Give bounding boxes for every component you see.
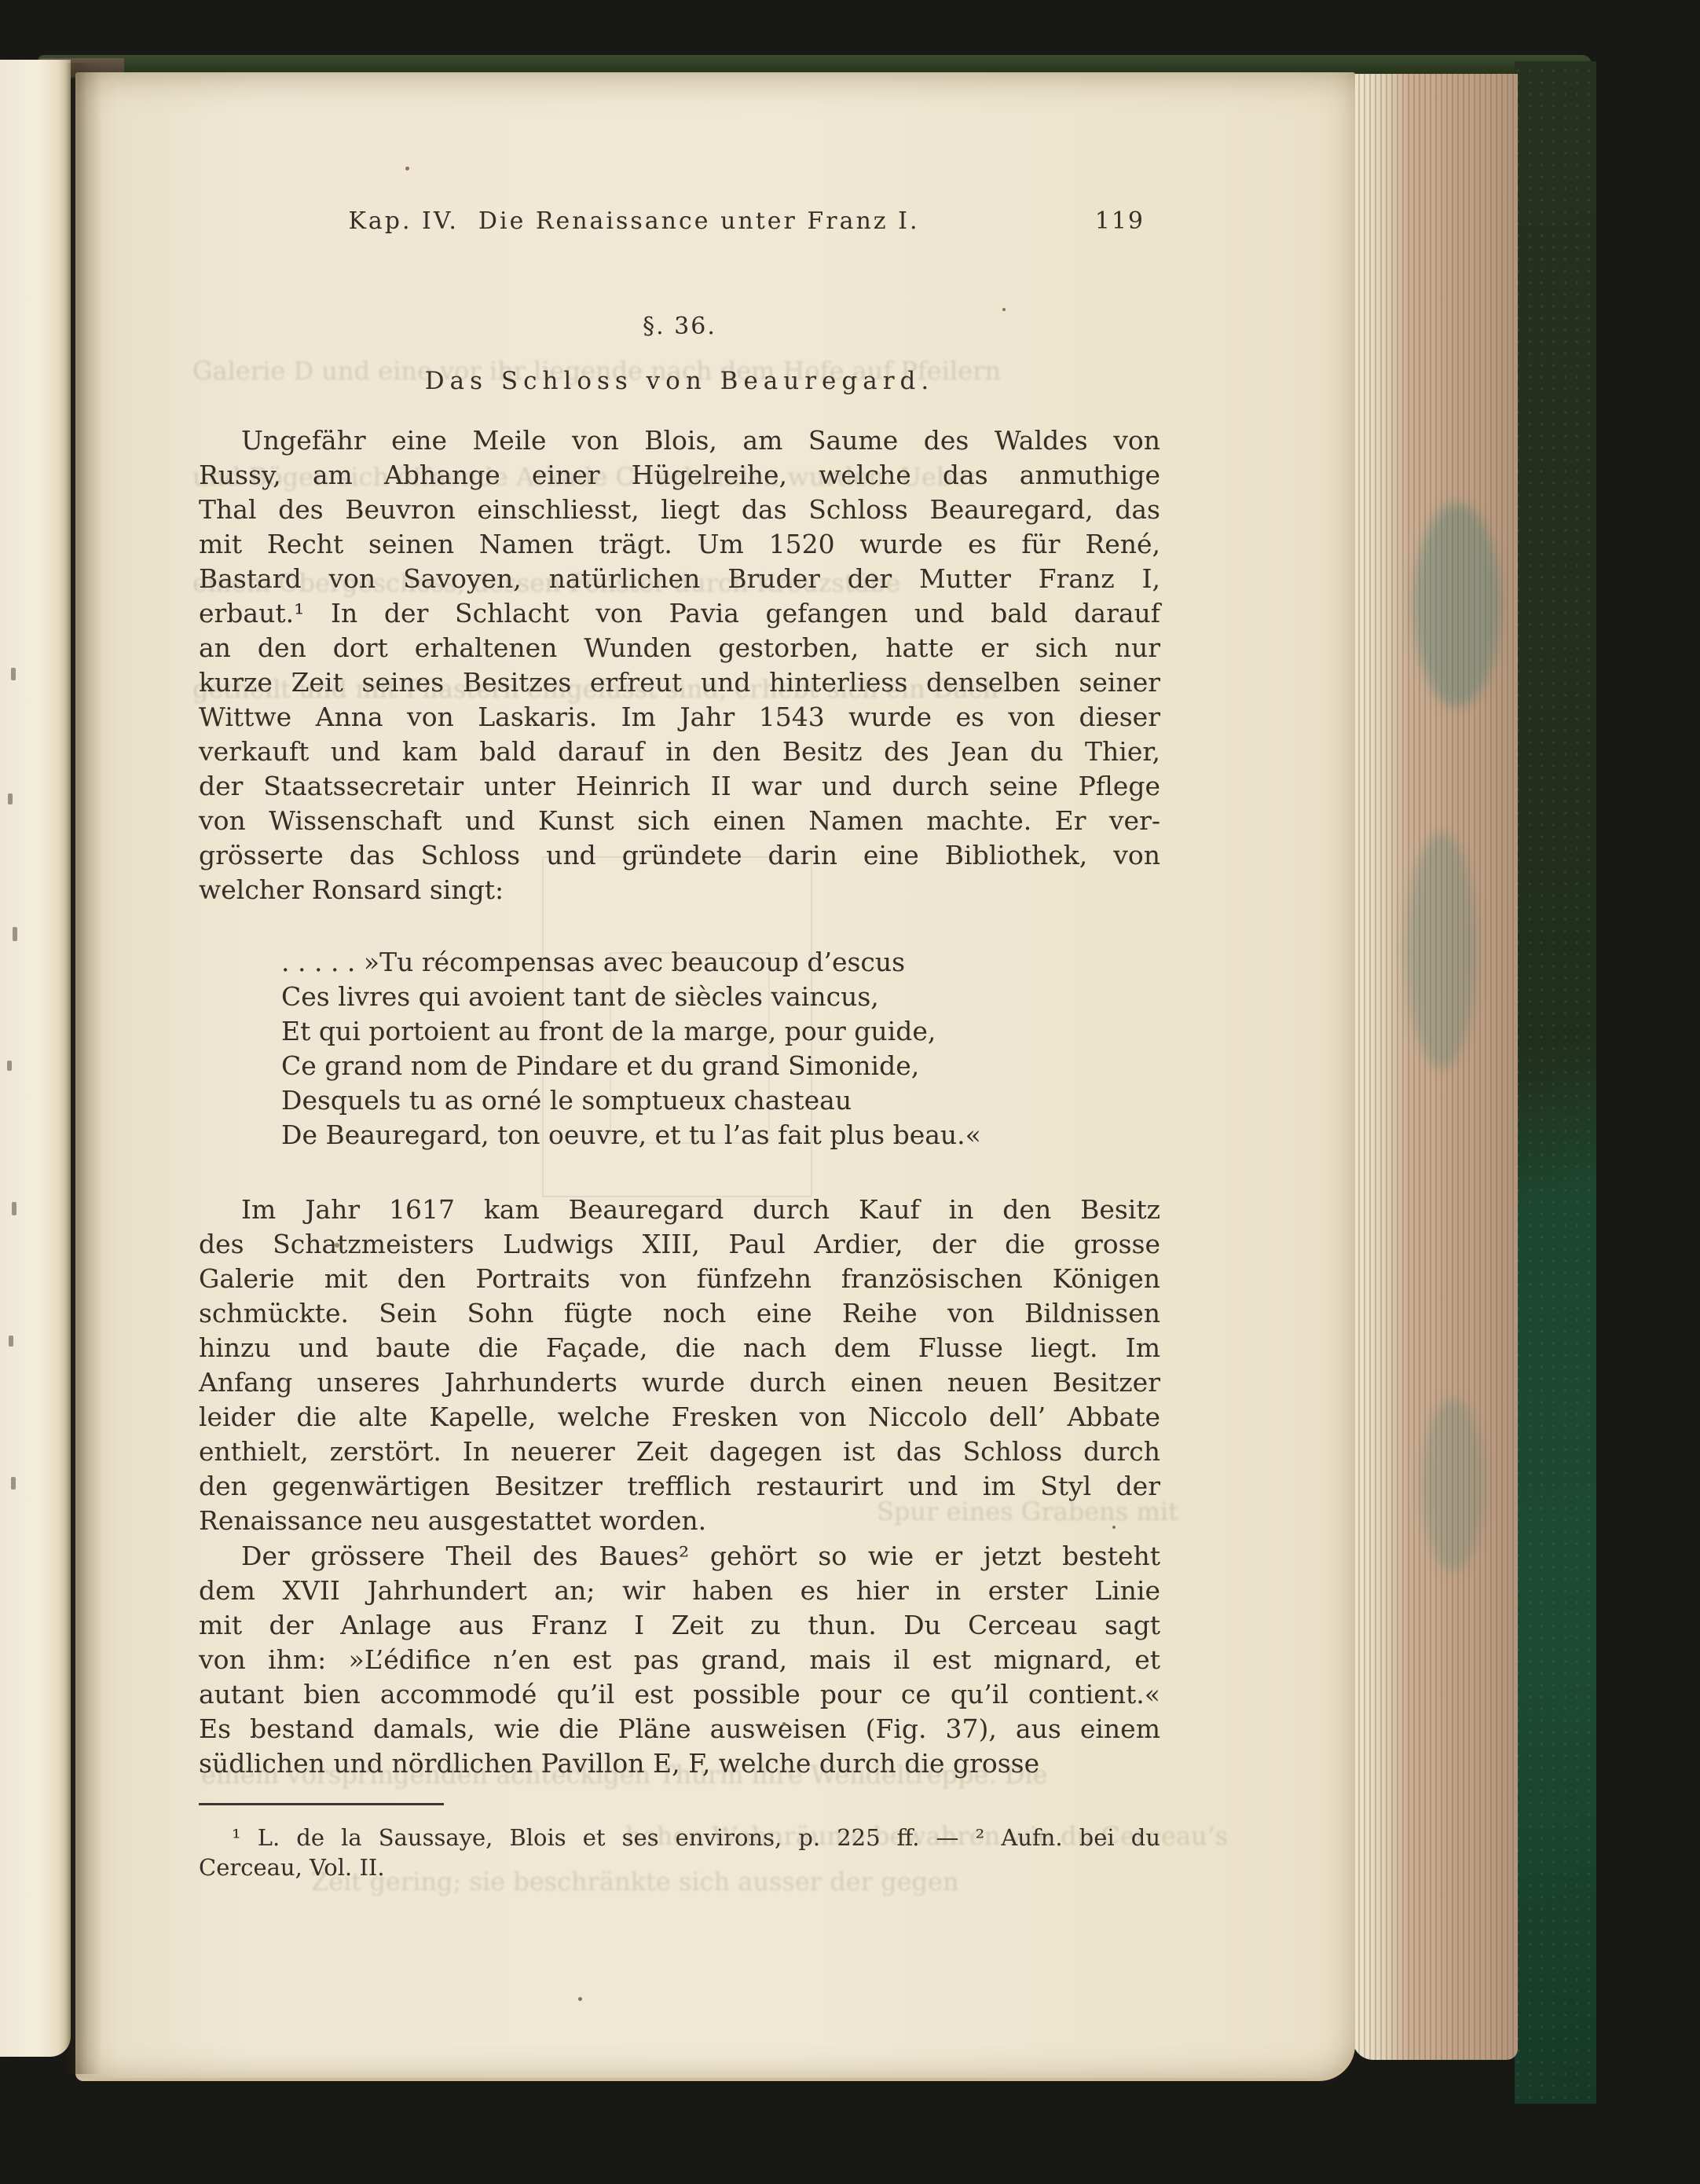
text-line: den gegenwärtigen Besitzer trefflich res…	[199, 1469, 1160, 1504]
text-line: von ihm: »L’édifice n’en est pas grand, …	[199, 1643, 1160, 1677]
margin-text-fragment	[8, 793, 13, 804]
section-title: Das Schloss von Beauregard.	[199, 365, 1160, 398]
poem-line: . . . . . »Tu récompensas avec beaucoup …	[281, 945, 1177, 980]
footnote-rule	[199, 1803, 444, 1805]
text-line: Es bestand damals, wie die Pläne ausweis…	[199, 1712, 1160, 1746]
footnote: ¹ L. de la Saussaye, Blois et ses enviro…	[199, 1823, 1160, 1882]
text-line: von Wissenschaft und Kunst sich einen Na…	[199, 804, 1160, 838]
poem-line: Et qui portoient au front de la marge, p…	[281, 1014, 1177, 1049]
footnote-line: Cerceau, Vol. II.	[199, 1852, 1160, 1882]
margin-text-fragment	[12, 1202, 16, 1215]
running-header-title: Kap. IV. Die Renaissance unter Franz I.	[348, 205, 919, 238]
dust-speck	[1112, 1526, 1116, 1529]
dust-speck	[782, 1722, 786, 1725]
text-line: Russy, am Abhange einer Hügelreihe, welc…	[199, 458, 1160, 493]
fore-edge-marbling	[1406, 833, 1477, 1068]
text-line: grösserte das Schloss und gründete darin…	[199, 838, 1160, 873]
text-line: welcher Ronsard singt:	[199, 873, 1160, 907]
dust-speck	[1002, 308, 1006, 311]
text-line: dem XVII Jahrhundert an; wir haben es hi…	[199, 1574, 1160, 1608]
text-line: enthielt, zerstört. In neuerer Zeit dage…	[199, 1435, 1160, 1469]
text-line: mit Recht seinen Namen trägt. Um 1520 wu…	[199, 527, 1160, 562]
footnote-line: ¹ L. de la Saussaye, Blois et ses enviro…	[199, 1823, 1160, 1852]
text-line: Bastard von Savoyen, natürlichen Bruder …	[199, 562, 1160, 596]
dust-speck	[335, 1243, 339, 1248]
running-header: Kap. IV. Die Renaissance unter Franz I.	[199, 205, 1160, 238]
margin-text-fragment	[7, 1061, 12, 1071]
dust-speck	[405, 167, 409, 170]
margin-text-fragment	[13, 927, 17, 941]
text-line: Galerie mit den Portraits von fünfzehn f…	[199, 1262, 1160, 1296]
text-line: erbaut.¹ In der Schlacht von Pavia gefan…	[199, 596, 1160, 631]
margin-text-fragment	[11, 668, 16, 680]
text-line: des Schatzmeisters Ludwigs XIII, Paul Ar…	[199, 1227, 1160, 1262]
dust-speck	[578, 1997, 582, 2001]
text-line: hinzu und baute die Façade, die nach dem…	[199, 1331, 1160, 1365]
poem-line: De Beauregard, ton oeuvre, et tu l’as fa…	[281, 1118, 1177, 1152]
fore-edge-marbling	[1422, 1398, 1485, 1571]
margin-text-fragment	[9, 1336, 13, 1347]
text-line: leider die alte Kapelle, welche Fresken …	[199, 1400, 1160, 1435]
text-line: Thal des Beuvron einschliesst, liegt das…	[199, 493, 1160, 527]
poem-quotation: . . . . . »Tu récompensas avec beaucoup …	[281, 945, 1177, 1152]
page-number: 119	[1095, 205, 1145, 238]
book-cover-right-edge	[1515, 61, 1596, 2104]
paragraph: Im Jahr 1617 kam Beauregard durch Kauf i…	[199, 1193, 1160, 1538]
book-page: Galerie D und eine vor ihr liegende nach…	[75, 72, 1355, 2081]
text-line: mit der Anlage aus Franz I Zeit zu thun.…	[199, 1608, 1160, 1643]
poem-line: Desquels tu as orné le somptueux chastea…	[281, 1083, 1177, 1118]
facing-page-sliver	[0, 60, 71, 2057]
paragraph: Ungefähr eine Meile von Blois, am Saume …	[199, 423, 1160, 907]
text-line: autant bien accommodé qu’il est possible…	[199, 1677, 1160, 1712]
section-mark: §. 36.	[199, 311, 1160, 343]
text-line: südlichen und nördlichen Pavillon E, F, …	[199, 1746, 1160, 1781]
text-line: Ungefähr eine Meile von Blois, am Saume …	[199, 423, 1160, 458]
text-line: schmückte. Sein Sohn fügte noch eine Rei…	[199, 1296, 1160, 1331]
text-line: Anfang unseres Jahrhunderts wurde durch …	[199, 1365, 1160, 1400]
margin-text-fragment	[11, 1477, 16, 1490]
poem-line: Ces livres qui avoient tant de siècles v…	[281, 980, 1177, 1014]
poem-line: Ce grand nom de Pindare et du grand Simo…	[281, 1049, 1177, 1083]
book-photo: Galerie D und eine vor ihr liegende nach…	[0, 0, 1700, 2184]
text-line: der Staatssecretair unter Heinrich II wa…	[199, 769, 1160, 804]
text-line: an den dort erhaltenen Wunden gestorben,…	[199, 631, 1160, 665]
text-line: verkauft und kam bald darauf in den Besi…	[199, 735, 1160, 769]
text-line: Renaissance neu ausgestattet worden.	[199, 1504, 1160, 1538]
text-line: kurze Zeit seines Besitzes erfreut und h…	[199, 665, 1160, 700]
text-line: Der grössere Theil des Baues² gehört so …	[199, 1539, 1160, 1574]
fore-edge-marbling	[1414, 503, 1500, 707]
paragraph: Der grössere Theil des Baues² gehört so …	[199, 1539, 1160, 1781]
text-line: Im Jahr 1617 kam Beauregard durch Kauf i…	[199, 1193, 1160, 1227]
text-line: Wittwe Anna von Laskaris. Im Jahr 1543 w…	[199, 700, 1160, 735]
